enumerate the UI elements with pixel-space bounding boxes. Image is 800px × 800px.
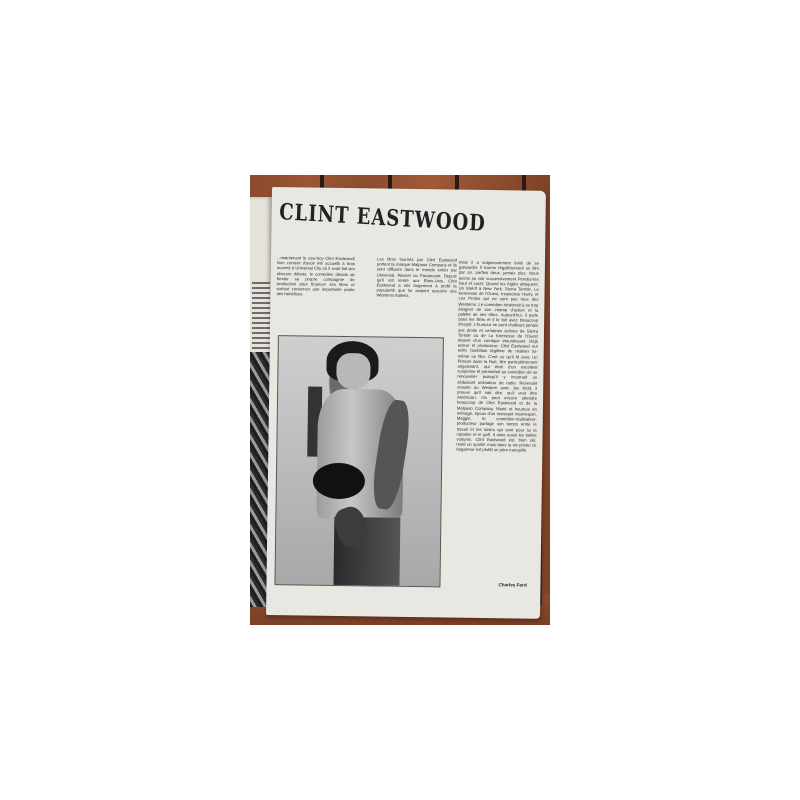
article-column-3: mais il a soigneusement évité de se galv…	[455, 260, 539, 583]
article-title: CLINT EASTWOOD	[279, 199, 487, 237]
article-byline: Charles Ford	[498, 582, 526, 587]
magazine-photo: CLINT EASTWOOD ...maintenant le cow-boy …	[250, 175, 550, 625]
article-column-2: Les films tournés par Clint Eastwood por…	[376, 256, 457, 347]
face	[336, 353, 370, 389]
article-column-1: ...maintenant le cow-boy Clint Eastwood!…	[276, 255, 355, 336]
hat	[313, 463, 365, 500]
portrait-photo	[274, 335, 443, 587]
left-page-text	[252, 282, 270, 352]
article-page: CLINT EASTWOOD ...maintenant le cow-boy …	[266, 187, 546, 619]
